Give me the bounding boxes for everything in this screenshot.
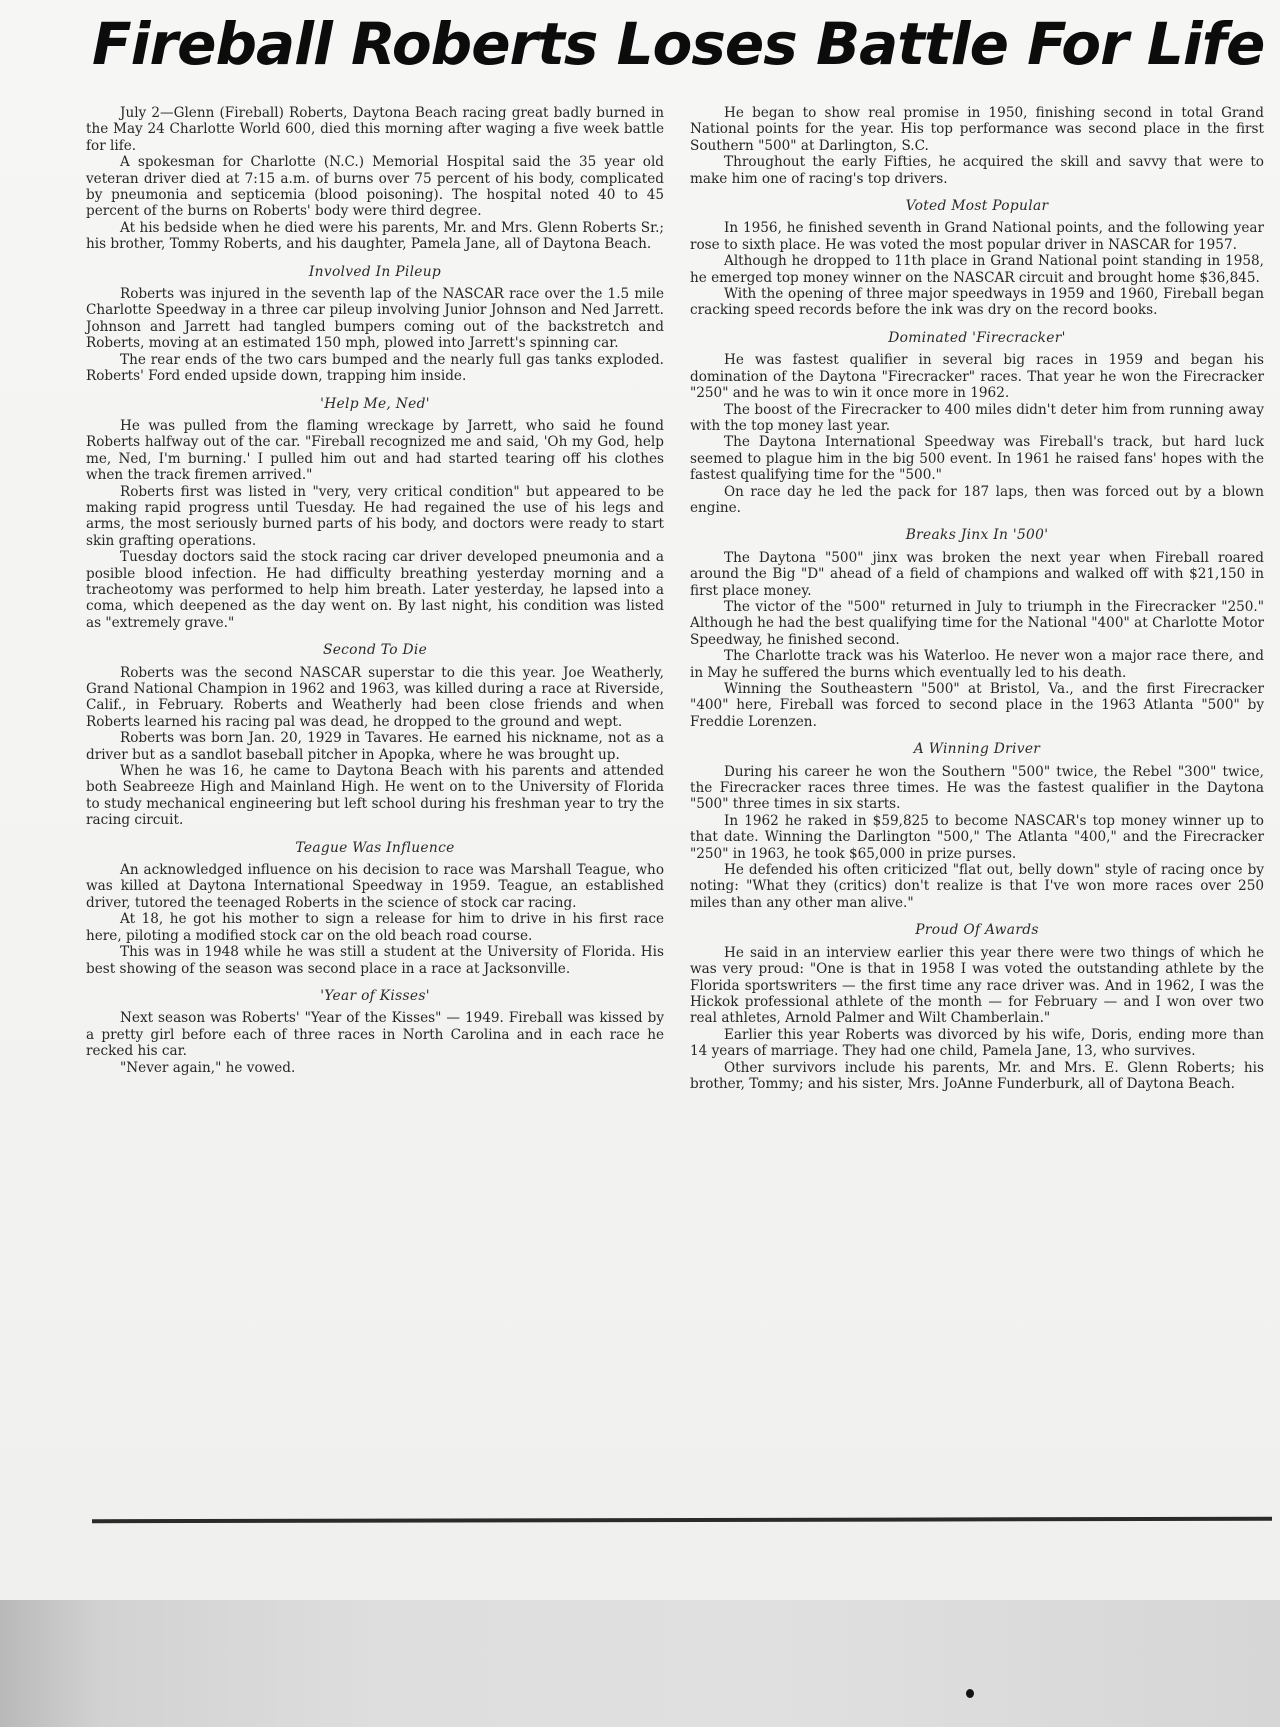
article-paragraph: Although he dropped to 11th place in Gra… xyxy=(690,253,1264,286)
article-paragraph: Winning the Southeastern "500" at Bristo… xyxy=(690,681,1264,730)
article-paragraph: Roberts was injured in the seventh lap o… xyxy=(86,286,664,352)
section-subheading: Dominated 'Firecracker' xyxy=(690,330,1264,346)
article-paragraph: At his bedside when he died were his par… xyxy=(86,220,664,253)
article-paragraph: A spokesman for Charlotte (N.C.) Memoria… xyxy=(86,154,664,220)
section-subheading: Second To Die xyxy=(86,642,664,658)
section-subheading: 'Year of Kisses' xyxy=(86,988,664,1004)
article-column-left: July 2—Glenn (Fireball) Roberts, Daytona… xyxy=(86,105,664,1076)
article-paragraph: He was fastest qualifier in several big … xyxy=(690,352,1264,401)
section-subheading: Breaks Jinx In '500' xyxy=(690,527,1264,543)
section-subheading: A Winning Driver xyxy=(690,741,1264,757)
article-paragraph: During his career he won the Southern "5… xyxy=(690,764,1264,813)
article-paragraph: The Daytona "500" jinx was broken the ne… xyxy=(690,550,1264,599)
article-paragraph: The victor of the "500" returned in July… xyxy=(690,599,1264,648)
article-paragraph: On race day he led the pack for 187 laps… xyxy=(690,484,1264,517)
article-paragraph: Next season was Roberts' "Year of the Ki… xyxy=(86,1010,664,1059)
article-paragraph: He said in an interview earlier this yea… xyxy=(690,945,1264,1027)
section-subheading: Involved In Pileup xyxy=(86,264,664,280)
section-subheading: Voted Most Popular xyxy=(690,198,1264,214)
article-paragraph: Throughout the early Fifties, he acquire… xyxy=(690,154,1264,187)
article-paragraph: He defended his often criticized "flat o… xyxy=(690,862,1264,911)
article-paragraph: The Charlotte track was his Waterloo. He… xyxy=(690,648,1264,681)
ink-speck xyxy=(966,1689,974,1698)
section-subheading: Proud Of Awards xyxy=(690,922,1264,938)
article-paragraph: The Daytona International Speedway was F… xyxy=(690,434,1264,483)
article-paragraph: At 18, he got his mother to sign a relea… xyxy=(86,911,664,944)
article-paragraph: When he was 16, he came to Daytona Beach… xyxy=(86,763,664,829)
article-paragraph: Earlier this year Roberts was divorced b… xyxy=(690,1027,1264,1060)
article-paragraph: Roberts first was listed in "very, very … xyxy=(86,484,664,550)
bottom-rule-divider xyxy=(92,1517,1272,1523)
newspaper-page: Fireball Roberts Loses Battle For Life J… xyxy=(0,0,1280,1727)
article-paragraph: Roberts was born Jan. 20, 1929 in Tavare… xyxy=(86,730,664,763)
article-paragraph: In 1956, he finished seventh in Grand Na… xyxy=(690,220,1264,253)
article-column-right: He began to show real promise in 1950, f… xyxy=(690,105,1264,1092)
article-paragraph: Roberts was the second NASCAR superstar … xyxy=(86,665,664,731)
article-paragraph: With the opening of three major speedway… xyxy=(690,286,1264,319)
article-paragraph: An acknowledged influence on his decisio… xyxy=(86,862,664,911)
article-paragraph: "Never again," he vowed. xyxy=(86,1060,664,1076)
article-paragraph: In 1962 he raked in $59,825 to become NA… xyxy=(690,813,1264,862)
article-paragraph: This was in 1948 while he was still a st… xyxy=(86,944,664,977)
section-subheading: Teague Was Influence xyxy=(86,840,664,856)
article-paragraph: Other survivors include his parents, Mr.… xyxy=(690,1060,1264,1093)
article-paragraph: The boost of the Firecracker to 400 mile… xyxy=(690,402,1264,435)
article-paragraph: The rear ends of the two cars bumped and… xyxy=(86,352,664,385)
scan-shadow-band xyxy=(0,1600,1280,1727)
section-subheading: 'Help Me, Ned' xyxy=(86,396,664,412)
article-paragraph: Tuesday doctors said the stock racing ca… xyxy=(86,549,664,631)
article-paragraph: July 2—Glenn (Fireball) Roberts, Daytona… xyxy=(86,105,664,154)
article-paragraph: He was pulled from the flaming wreckage … xyxy=(86,418,664,484)
headline: Fireball Roberts Loses Battle For Life xyxy=(92,4,1242,84)
article-paragraph: He began to show real promise in 1950, f… xyxy=(690,105,1264,154)
